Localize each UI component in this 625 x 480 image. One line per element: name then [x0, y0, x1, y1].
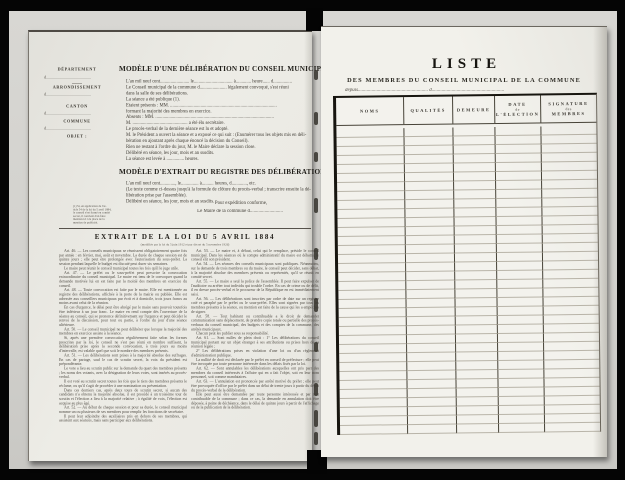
- binding-stitch-mark: [314, 410, 318, 427]
- footnote-line: mention de publicité.: [73, 221, 135, 224]
- binding-stitch-mark: [314, 70, 318, 80]
- section-divider-rule: [59, 228, 311, 229]
- member-table-header: NOMSQUALITÉSDEMEUREDATEdeL'ÉLECTIONSIGNA…: [336, 95, 596, 126]
- table-header-cell: NOMS: [336, 97, 403, 125]
- table-header-text: DATE: [508, 102, 526, 107]
- table-header-cell: SIGNATUREdesMEMBRES: [540, 95, 596, 123]
- model-deliberation-title: MODÈLE D'UNE DÉLIBÉRATION DU CONSEIL MUN…: [119, 65, 311, 73]
- law-article-paragraph: 2° Les délibérations prises en violation…: [191, 349, 319, 358]
- table-row: [340, 423, 600, 435]
- sidebar-fill-line: d.......................................…: [44, 92, 110, 97]
- model-deliberation-body: L'an mil neuf cent......................…: [119, 79, 311, 164]
- members-table: NOMSQUALITÉSDEMEUREDATEdeL'ÉLECTIONSIGNA…: [333, 93, 601, 435]
- law-article-paragraph: Art. 55. — Le maire a seul la police de …: [191, 279, 319, 296]
- law-article-paragraph: Art. 48. — Toute convocation est faite p…: [59, 288, 187, 305]
- law-article-paragraph: Art. 61. — Sont nulles de plein droit : …: [191, 336, 319, 349]
- left-page: DÉPARTEMENT d...........................…: [28, 30, 312, 461]
- law-article-paragraph: Art. 53. — Le maire et, à défaut, celui …: [191, 249, 319, 262]
- table-header-text: des: [565, 107, 571, 111]
- law-text-column-right: Art. 53. — Le maire et, à défaut, celui …: [191, 249, 319, 449]
- model-extrait-title: MODÈLE D'EXTRAIT DU REGISTRE DES DÉLIBÉR…: [119, 168, 311, 176]
- law-article-paragraph: Dans ces derniers cas, après deux tours …: [59, 388, 187, 405]
- law-article-paragraph: Art. 58. — Tout habitant ou contribuable…: [191, 314, 319, 331]
- law-article-paragraph: Il est voté au scrutin secret toutes les…: [59, 380, 187, 389]
- binding-stitch-mark: [314, 298, 318, 312]
- sidebar-label-objet: OBJET :: [41, 134, 113, 139]
- sidebar-divider-dash: [72, 83, 82, 84]
- since-fill-line: depuis..................................…: [345, 88, 559, 93]
- sidebar-fill-line: d.......................................…: [44, 126, 110, 131]
- binding-marks: [311, 0, 321, 480]
- table-header-text: DEMEURE: [457, 107, 491, 112]
- law-article-paragraph: Art. 62. — Sont annulables les délibérat…: [191, 366, 319, 379]
- law-article-paragraph: En cas d'urgence, le délai peut être abr…: [59, 306, 187, 328]
- closing-formula: Pour expédition conforme,: [189, 201, 293, 206]
- law-article-paragraph: Si, après une première convocation régul…: [59, 336, 187, 353]
- list-title: LISTE: [321, 56, 607, 73]
- sidebar-label-departement: DÉPARTEMENT: [41, 67, 113, 72]
- binding-stitch-mark: [314, 152, 318, 162]
- law-article-paragraph: Il peut leur adjoindre des auxiliaires p…: [59, 414, 187, 423]
- sidebar-label-commune: COMMUNE: [41, 119, 113, 124]
- binding-stitch-mark: [314, 248, 318, 260]
- table-header-text: NOMS: [360, 108, 380, 113]
- table-header-text: L'ÉLECTION: [496, 111, 539, 117]
- binding-stitch-mark: [314, 432, 318, 445]
- law-article-paragraph: Art. 54. — Les séances des conseils muni…: [191, 262, 319, 279]
- table-cell: [456, 424, 498, 434]
- table-header-cell: DATEdeL'ÉLECTION: [494, 95, 540, 123]
- mayor-signature-line: Le Maire de la commune d................…: [169, 209, 311, 214]
- sidebar-label-canton: CANTON: [41, 104, 113, 109]
- law-article-paragraph: Le vote a lieu au scrutin public sur la …: [59, 366, 187, 379]
- law-article-paragraph: Art. 46. — Les conseils municipaux se ré…: [59, 249, 187, 266]
- table-header-cell: DEMEURE: [452, 96, 494, 124]
- law-article-paragraph: Elle peut aussi être demandée par toute …: [191, 393, 319, 410]
- member-table-body: [336, 123, 600, 435]
- law-extract-title: EXTRAIT DE LA LOI DU 5 AVRIL 1884: [57, 233, 313, 241]
- sidebar-fill-line: d.......................................…: [44, 75, 110, 80]
- binding-stitch-mark: [314, 112, 318, 125]
- law-article-paragraph: Art. 47. — Le préfet ou le sous-préfet p…: [59, 271, 187, 288]
- scanned-register-spread: DÉPARTEMENT d...........................…: [0, 0, 625, 480]
- law-article-paragraph: Art. 51. — Les délibérations sont prises…: [59, 353, 187, 366]
- table-header-text: SIGNATURE: [548, 101, 588, 106]
- binding-stitch-mark: [314, 383, 318, 396]
- law-article-paragraph: Art. 63. — L'annulation est prononcée pa…: [191, 380, 319, 393]
- table-cell: [340, 425, 407, 435]
- list-subtitle: DES MEMBRES DU CONSEIL MUNICIPAL DE LA C…: [326, 77, 602, 84]
- right-page: LISTE DES MEMBRES DU CONSEIL MUNICIPAL D…: [321, 26, 607, 457]
- law-extract-subtitle: (modifiée par la loi du 5 juin 1912 et p…: [57, 243, 313, 248]
- sidebar-fill-line: d.......................................…: [44, 111, 110, 116]
- binding-stitch-mark: [314, 342, 318, 352]
- table-header-text: QUALITÉS: [410, 108, 446, 113]
- binding-stitch-mark: [314, 198, 318, 213]
- table-header-text: MEMBRES: [552, 111, 586, 116]
- table-header-cell: QUALITÉS: [403, 97, 452, 125]
- sidebar-label-arrondissement: ARRONDISSEMENT: [41, 85, 113, 90]
- table-header-text: de: [515, 107, 519, 111]
- model-text-line: La séance est levée à ............... he…: [119, 156, 311, 162]
- table-cell: [407, 425, 456, 435]
- law-article-paragraph: Art. 56. — Les délibérations sont inscri…: [191, 297, 319, 314]
- table-cell: [498, 423, 544, 433]
- table-cell: [544, 423, 600, 433]
- law-text-column-left: Art. 46. — Les conseils municipaux se ré…: [59, 249, 187, 449]
